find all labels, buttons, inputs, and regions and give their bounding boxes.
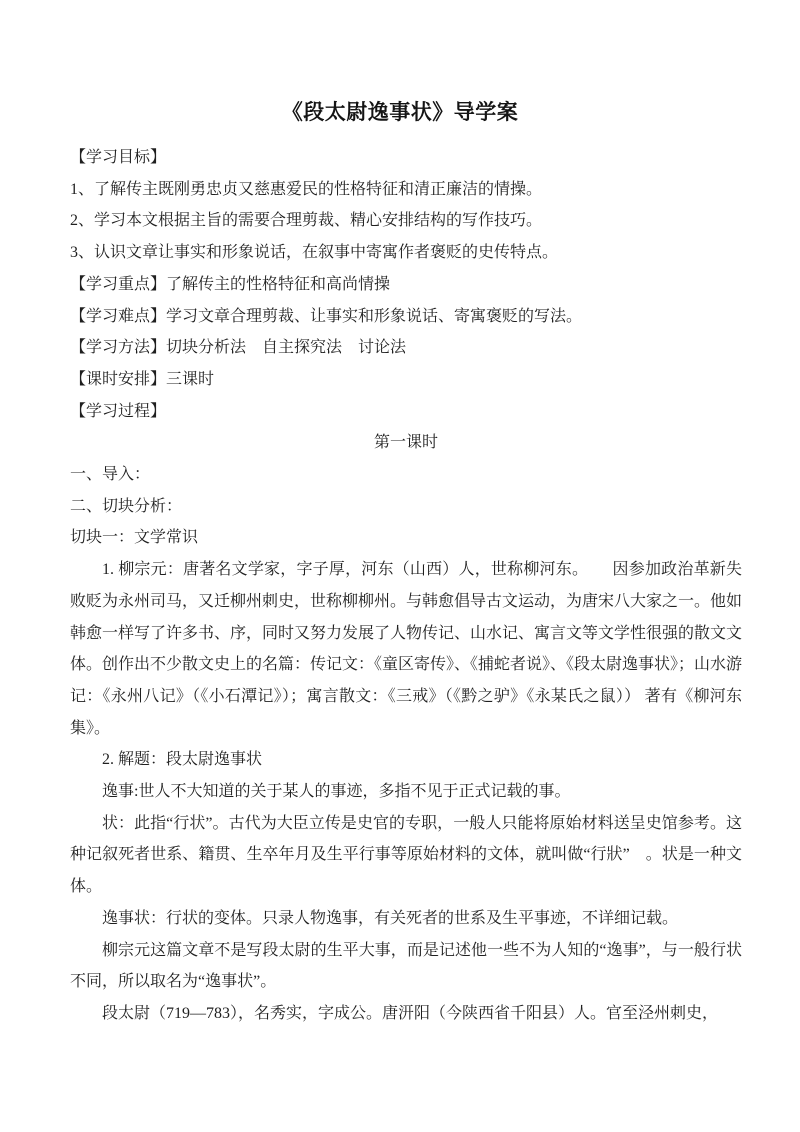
document-line: 2、学习本文根据主旨的需要合理剪裁、精心安排结构的写作技巧。 xyxy=(70,205,742,237)
document-line: 柳宗元这篇文章不是写段太尉的生平大事，而是记述他一些不为人知的“逸事”，与一般行… xyxy=(70,935,742,998)
session-heading: 第一课时 xyxy=(70,427,742,459)
document-line: 【学习过程】 xyxy=(70,396,742,428)
document-line: 【学习难点】学习文章合理剪裁、让事实和形象说话、寄寓褒贬的写法。 xyxy=(70,301,742,333)
document-line: 段太尉（719—783），名秀实，字成公。唐汧阳（今陕西省千阳县）人。官至泾州刺… xyxy=(70,998,742,1030)
document-title: 《段太尉逸事状》导学案 xyxy=(0,0,800,128)
document-page: 《段太尉逸事状》导学案 【学习目标】1、了解传主既刚勇忠贞又慈惠爱民的性格特征和… xyxy=(0,0,800,1132)
document-line: 二、切块分析： xyxy=(70,491,742,523)
document-line: 1. 柳宗元：唐著名文学家，字子厚，河东（山西）人，世称柳河东。 因参加政治革新… xyxy=(70,554,742,744)
document-line: 3、认识文章让事实和形象说话，在叙事中寄寓作者褒贬的史传特点。 xyxy=(70,237,742,269)
document-body: 【学习目标】1、了解传主既刚勇忠贞又慈惠爱民的性格特征和清正廉洁的情操。2、学习… xyxy=(70,142,742,1030)
document-line: 一、导入： xyxy=(70,459,742,491)
document-line: 1、了解传主既刚勇忠贞又慈惠爱民的性格特征和清正廉洁的情操。 xyxy=(70,174,742,206)
document-line: 【课时安排】三课时 xyxy=(70,364,742,396)
document-line: 逸事:世人不大知道的关于某人的事迹，多指不见于正式记载的事。 xyxy=(70,776,742,808)
document-line: 【学习目标】 xyxy=(70,142,742,174)
document-line: 状：此指“行状”。古代为大臣立传是史官的专职，一般人只能将原始材料送呈史馆参考。… xyxy=(70,808,742,903)
document-line: 切块一：文学常识 xyxy=(70,522,742,554)
document-line: 【学习方法】切块分析法 自主探究法 讨论法 xyxy=(70,332,742,364)
document-line: 【学习重点】了解传主的性格特征和高尚情操 xyxy=(70,269,742,301)
document-line: 2. 解题：段太尉逸事状 xyxy=(70,744,742,776)
document-line: 逸事状：行状的变体。只录人物逸事，有关死者的世系及生平事迹，不详细记载。 xyxy=(70,903,742,935)
